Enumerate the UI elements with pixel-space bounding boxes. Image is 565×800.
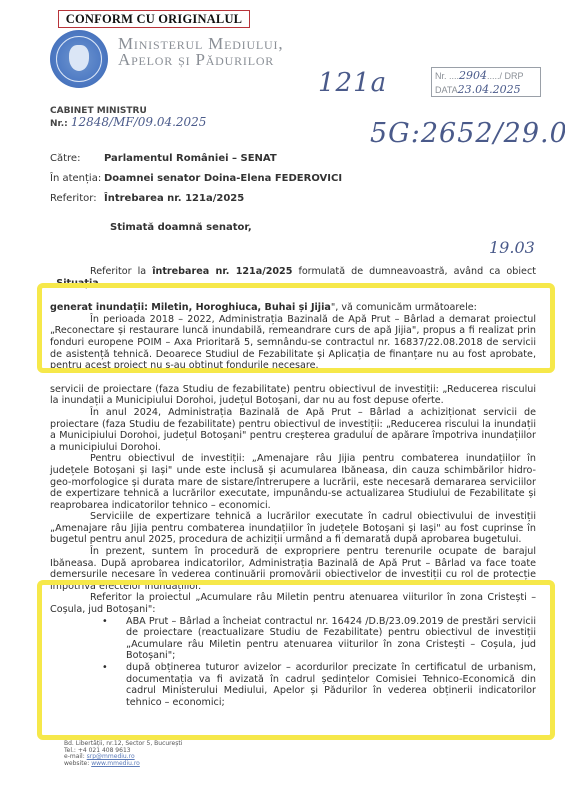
addressee-reference: Referitor:Întrebarea nr. 121a/2025 (50, 192, 244, 205)
website-link[interactable]: www.mmediu.ro (91, 760, 140, 767)
paragraph-jijia-budget: Serviciile de expertizare tehnică a lucr… (50, 511, 536, 546)
addressee-to: Către:Parlamentul României – SENAT (50, 152, 277, 165)
eagle-icon (69, 45, 89, 71)
paragraph-dorohoi-2024: În anul 2024, Administrația Bazinală de … (50, 407, 536, 453)
handwritten-margin-note: 19.03 (489, 238, 535, 257)
addressee-label: Referitor: (50, 192, 104, 205)
conform-cu-originalul-stamp: CONFORM CU ORIGINALUL (58, 10, 250, 28)
handwritten-registry-number: 5G:2652/29.04 (370, 118, 565, 149)
website-label: website: (64, 760, 89, 767)
nr-value: 2904 (459, 69, 487, 82)
addressee-value: Doamnei senator Doina-Elena FEDEROVICI (104, 173, 342, 184)
intro-question-ref: întrebarea nr. 121a/2025 (152, 266, 292, 277)
cabinet-header: CABINET MINISTRU Nr.: 12848/MF/09.04.202… (50, 106, 206, 130)
handwritten-question-number: 121a (318, 68, 387, 98)
ministry-name: Ministerul Mediului, Apelor și Pădurilor (118, 36, 283, 68)
paragraph-jijia-expertise: Pentru obiectivul de investiții: „Amenaj… (50, 453, 536, 511)
addressee-label: Către: (50, 152, 104, 165)
ministry-line-2: Apelor și Pădurilor (118, 52, 283, 68)
date-value: 23.04.2025 (458, 83, 521, 96)
addressee-attention: În atenția:Doamnei senator Doina-Elena F… (50, 172, 342, 185)
date-label: DATA (435, 85, 458, 95)
salutation: Stimată doamnă senator, (110, 222, 252, 233)
addressee-value: Întrebarea nr. 121a/2025 (104, 193, 244, 204)
romania-coat-of-arms-icon (50, 30, 108, 88)
highlight-box-1 (37, 283, 555, 373)
cabinet-nr-value: 12848/MF/09.04.2025 (71, 115, 207, 129)
cabinet-nr-label: Nr.: (50, 119, 68, 129)
intro-text: formulată de dumneavoastră, având ca obi… (292, 266, 536, 277)
nr-label: Nr. (435, 71, 447, 81)
paragraph-dorohoi-2023: servicii de proiectare (faza Studiu de f… (50, 384, 536, 407)
registration-box: Nr. ....2904...../ DRP DATA23.04.2025 (431, 67, 541, 97)
addressee-label: În atenția: (50, 172, 104, 185)
addressee-value: Parlamentul României – SENAT (104, 153, 277, 164)
intro-text: Referitor la (90, 266, 152, 277)
footer-contact: Bd. Libertății, nr.12, Sector 5, Bucureș… (64, 741, 182, 767)
drp-suffix: / DRP (500, 71, 524, 81)
highlight-box-2 (37, 580, 555, 740)
